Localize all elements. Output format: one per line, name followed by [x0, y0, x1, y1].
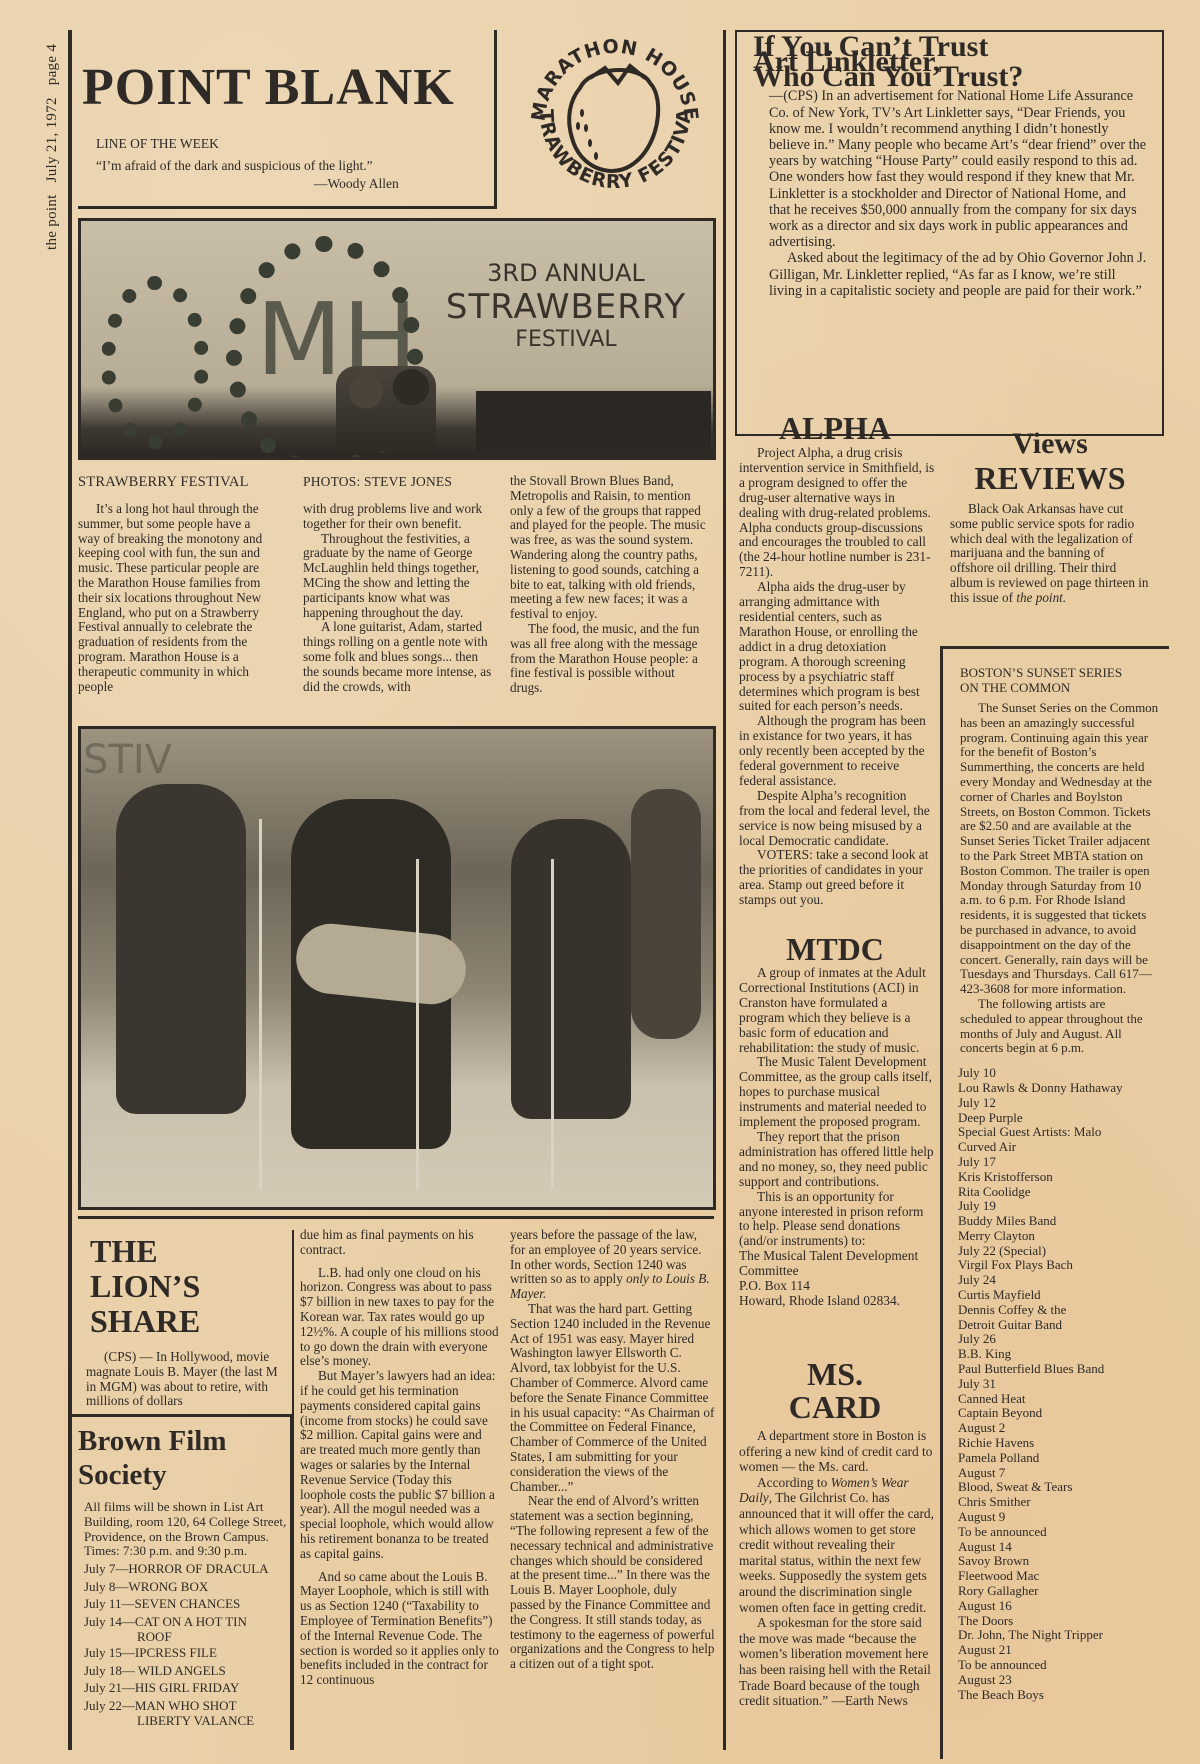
schedule-entry: August 23The Beach Boys — [958, 1673, 1165, 1703]
schedule-entry: July 26B.B. KingPaul Butterfield Blues B… — [958, 1332, 1165, 1376]
performers — [336, 366, 436, 451]
page-folio: the pointJuly 21, 1972page 4 — [44, 32, 61, 250]
mtdc-article: MTDC A group of inmates at the Adult Cor… — [735, 932, 935, 1308]
point-blank-right-rule — [494, 30, 497, 208]
festival-stage-photo: MH 3RD ANNUAL STRAWBERRY FESTIVAL — [78, 218, 716, 460]
photo-credit: PHOTOS: STEVE JONES — [303, 474, 452, 490]
alpha-title: ALPHA — [735, 410, 935, 446]
line-of-week-quote: “I’m afraid of the dark and suspicious o… — [96, 158, 492, 174]
views-body: Black Oak Arkansas have cut some public … — [950, 502, 1150, 606]
linkletter-article-box: If You Can’t Trust Art Linkletter, Who C… — [735, 30, 1164, 436]
sunset-heading: BOSTON’S SUNSET SERIES ON THE COMMON — [960, 665, 1169, 695]
schedule-entry: July 10Lou Rawls & Donny Hathaway — [958, 1066, 1165, 1096]
lions-share-col-3: years before the passage of the law, for… — [510, 1228, 715, 1672]
mtdc-body: A group of inmates at the Adult Correcti… — [739, 966, 935, 1308]
strawberry-wreath — [101, 276, 209, 449]
festival-col-2: with drug problems live and work togethe… — [303, 502, 493, 694]
folio-date: July 21, 1972 — [44, 97, 60, 182]
festival-col-3: the Stovall Brown Blues Band, Metropolis… — [510, 474, 710, 696]
mtdc-title: MTDC — [735, 932, 935, 966]
folio-page: page 4 — [44, 44, 60, 85]
film-item: July 18— WILD ANGELS — [84, 1662, 288, 1680]
banner-fragment: STIV — [83, 737, 172, 783]
alpha-article: ALPHA Project Alpha, a drug crisis inter… — [735, 412, 935, 908]
schedule-entry: August 16The DoorsDr. John, The Night Tr… — [958, 1599, 1165, 1643]
film-society-right-rule — [290, 1416, 293, 1750]
line-of-week-label: LINE OF THE WEEK — [96, 136, 492, 152]
marathon-house-logo: MARATHON HOUSE STRAWBERRY FESTIVAL — [520, 28, 710, 208]
ms-card-article: MS. CARD A department store in Boston is… — [735, 1358, 935, 1709]
mtdc-address: The Musical Talent Development Committee… — [739, 1249, 935, 1308]
sunset-series-box: BOSTON’S SUNSET SERIES ON THE COMMON The… — [940, 646, 1169, 1759]
schedule-entry: August 7Blood, Sweat & TearsChris Smithe… — [958, 1466, 1165, 1510]
sunset-body: The Sunset Series on the Common has been… — [960, 701, 1159, 1056]
amplifier — [476, 391, 711, 451]
film-item: July 14—CAT ON A HOT TINROOF — [84, 1613, 288, 1645]
schedule-entry: July 17Kris KristoffersonRita Coolidge — [958, 1155, 1165, 1199]
mic-stand-2 — [416, 859, 419, 1189]
schedule-entry: July 19Buddy Miles BandMerry Clayton — [958, 1199, 1165, 1243]
lions-share-col-2: due him as final payments on his contrac… — [300, 1228, 500, 1688]
festival-sign: 3RD ANNUAL STRAWBERRY FESTIVAL — [431, 259, 701, 352]
festival-heading: STRAWBERRY FESTIVAL — [78, 474, 249, 491]
film-item: July 8—WRONG BOX — [84, 1578, 288, 1596]
linkletter-headline: If You Can’t Trust Art Linkletter, Who C… — [753, 40, 1162, 84]
film-society-top-rule — [70, 1414, 292, 1417]
musician-right — [511, 819, 631, 1119]
linkletter-body: —(CPS) In an advertisement for National … — [769, 88, 1148, 299]
schedule-entry: July 24Curtis MayfieldDennis Coffey & th… — [958, 1273, 1165, 1332]
ms-card-title: MS. CARD — [735, 1358, 935, 1424]
alpha-body: Project Alpha, a drug crisis interventio… — [739, 446, 935, 908]
mic-stand — [259, 819, 262, 1189]
quote-attribution: —Woody Allen — [314, 176, 492, 192]
point-blank-title: POINT BLANK — [82, 62, 492, 114]
film-society-title: Brown Film Society — [78, 1424, 288, 1492]
views-reviews-section: Views REVIEWS Black Oak Arkansas have cu… — [950, 428, 1150, 606]
schedule-entry: August 14Savoy BrownFleetwood MacRory Ga… — [958, 1540, 1165, 1599]
center-column-rule — [723, 30, 726, 1750]
views-title: Views — [950, 428, 1150, 460]
concert-schedule: July 10Lou Rawls & Donny Hathaway July 1… — [958, 1066, 1165, 1702]
reviews-title: REVIEWS — [950, 460, 1150, 496]
point-blank-bottom-rule — [78, 206, 497, 209]
musicians-photo: STIV — [78, 726, 716, 1210]
film-list: July 7—HORROR OF DRACULA July 8—WRONG BO… — [84, 1560, 288, 1728]
film-item: July 21—HIS GIRL FRIDAY — [84, 1679, 288, 1697]
musician-far-right — [631, 789, 701, 1039]
film-item: July 22—MAN WHO SHOTLIBERTY VALANCE — [84, 1697, 288, 1729]
mic-stand-3 — [551, 859, 554, 1189]
film-society-intro: All films will be shown in List Art Buil… — [84, 1500, 288, 1559]
folio-publication: the point — [44, 194, 60, 250]
ms-card-body: A department store in Boston is offering… — [739, 1428, 935, 1709]
film-item: July 15—IPCRESS FILE — [84, 1644, 288, 1662]
festival-col-1: It’s a long hot haul through the summer,… — [78, 502, 268, 694]
lions-share-col-1: (CPS) — In Hollywood, movie magnate Loui… — [86, 1350, 286, 1409]
schedule-entry: August 2Richie HavensPamela Polland — [958, 1421, 1165, 1465]
lions-share-top-rule — [78, 1216, 714, 1219]
strawberry-icon: MARATHON HOUSE STRAWBERRY FESTIVAL — [520, 28, 710, 208]
schedule-entry: July 22 (Special)Virgil Fox Plays Bach — [958, 1244, 1165, 1274]
schedule-entry: July 12Deep PurpleSpecial Guest Artists:… — [958, 1096, 1165, 1155]
film-society-box: Brown Film Society All films will be sho… — [78, 1420, 288, 1728]
schedule-entry: July 31Canned HeatCaptain Beyond — [958, 1377, 1165, 1421]
lions-share-article: THE LION’S SHARE (CPS) — In Hollywood, m… — [78, 1228, 718, 1339]
film-item: July 11—SEVEN CHANCES — [84, 1595, 288, 1613]
film-item: July 7—HORROR OF DRACULA — [84, 1560, 288, 1578]
point-blank-section: POINT BLANK LINE OF THE WEEK “I’m afraid… — [82, 62, 492, 192]
schedule-entry: August 9To be announced — [958, 1510, 1165, 1540]
musician-left — [116, 784, 246, 1114]
schedule-entry: August 21To be announced — [958, 1643, 1165, 1673]
left-border-rule — [68, 30, 72, 1750]
